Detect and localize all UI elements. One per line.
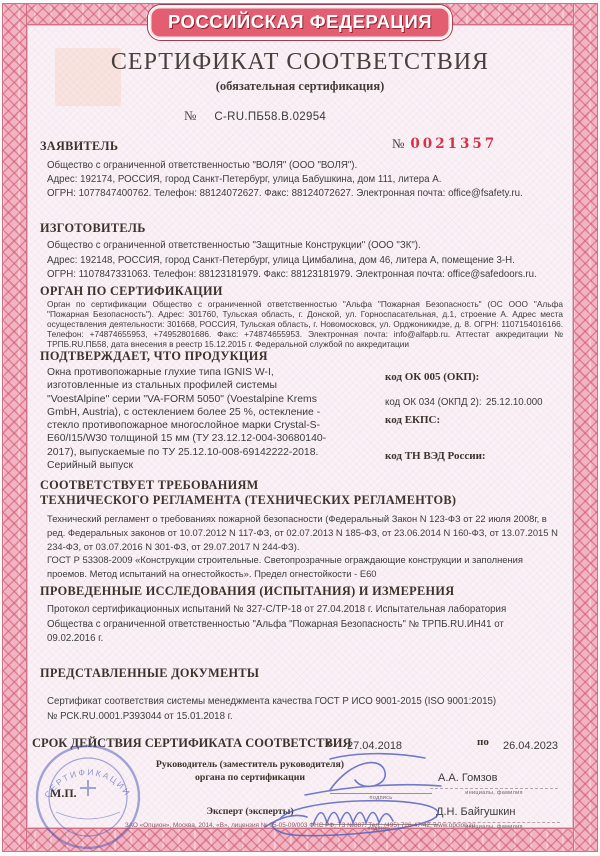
- border-left: [2, 3, 27, 852]
- blank-number-label: №: [392, 136, 404, 152]
- code-ekps-label: код ЕКПС:: [385, 414, 440, 426]
- federation-banner: РОССИЙСКАЯ ФЕДЕРАЦИЯ: [147, 4, 453, 41]
- compliance-text: Технический регламент о требованиях пожа…: [47, 512, 561, 581]
- code-tnved-label: код ТН ВЭД России:: [385, 450, 486, 462]
- documents-heading: ПРЕДСТАВЛЕННЫЕ ДОКУМЕНТЫ: [40, 666, 259, 681]
- manufacturer-text: Общество с ограниченной ответственностью…: [47, 239, 561, 283]
- certificate-title: СЕРТИФИКАТ СООТВЕТСТВИЯ: [0, 49, 600, 76]
- applicant-heading: ЗАЯВИТЕЛЬ: [40, 139, 118, 154]
- handwritten-signatures: [235, 745, 565, 849]
- certificate-number-value: C-RU.ПБ58.В.02954: [214, 111, 326, 123]
- certification-body-heading: ОРГАН ПО СЕРТИФИКАЦИИ: [40, 284, 223, 299]
- certificate-subtitle: (обязательная сертификация): [0, 79, 600, 94]
- blank-number: № 0021357: [392, 136, 497, 152]
- compliance-heading-line1: СООТВЕТСТВУЕТ ТРЕБОВАНИЯМ: [40, 478, 259, 493]
- certificate-page: РОССИЙСКАЯ ФЕДЕРАЦИЯ СЕРТИФИКАТ СООТВЕТС…: [0, 0, 600, 856]
- certificate-number-row: № C-RU.ПБ58.В.02954: [184, 108, 326, 124]
- product-heading: ПОДТВЕРЖДАЕТ, ЧТО ПРОДУКЦИЯ: [40, 349, 268, 364]
- code-okpd2: код ОК 034 (ОКПД 2): 25.12.10.000: [385, 392, 543, 410]
- certification-body-text: Орган по сертификации Общество с огранич…: [47, 300, 563, 350]
- signature-flourish-top: [330, 754, 425, 759]
- printer-footer: ЗАО «Опцион», Москва, 2014, «В», лицензи…: [0, 822, 600, 829]
- border-right: [573, 3, 598, 852]
- tests-heading: ПРОВЕДЕННЫЕ ИССЛЕДОВАНИЯ (ИСПЫТАНИЯ) И И…: [40, 584, 454, 599]
- code-okp: код ОК 005 (ОКП):: [385, 367, 479, 385]
- tests-text: Протокол сертификационных испытаний № 32…: [47, 603, 553, 647]
- federation-banner-text: РОССИЙСКАЯ ФЕДЕРАЦИЯ: [168, 11, 432, 32]
- code-tnved: код ТН ВЭД России:: [385, 446, 486, 464]
- code-okpd2-value: 25.12.10.000: [486, 397, 543, 408]
- compliance-heading-line2: ТЕХНИЧЕСКОГО РЕГЛАМЕНТА (ТЕХНИЧЕСКИХ РЕГ…: [40, 493, 456, 508]
- applicant-text: Общество с ограниченной ответственностью…: [47, 159, 559, 200]
- federation-banner-plate: РОССИЙСКАЯ ФЕДЕРАЦИЯ: [150, 7, 450, 38]
- certification-stamp: СЕРТИФИКАЦИИ: [16, 740, 158, 852]
- code-ekps: код ЕКПС:: [385, 410, 440, 428]
- certificate-number-label: №: [184, 108, 196, 124]
- product-description: Окна противопожарные глухие типа IGNIS W…: [47, 366, 399, 472]
- code-okp-label: код ОК 005 (ОКП):: [385, 371, 479, 383]
- code-okpd2-label: код ОК 034 (ОКПД 2):: [385, 397, 482, 408]
- documents-text: Сертификат соответствия системы менеджме…: [47, 695, 553, 724]
- blank-number-value: 0021357: [410, 136, 497, 152]
- manufacturer-heading: ИЗГОТОВИТЕЛЬ: [40, 221, 146, 236]
- head-signature-line: [305, 785, 441, 795]
